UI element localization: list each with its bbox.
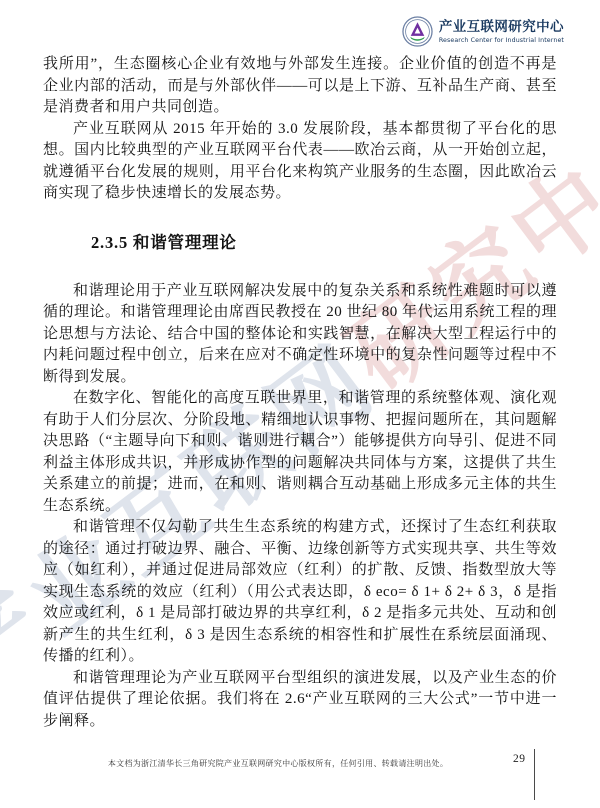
page-number-rule [534, 749, 535, 800]
header-logo: 产业互联网研究中心 Research Center for Industrial… [402, 16, 564, 47]
footer-copyright: 本文档为浙江清华长三角研究院产业互联网研究中心版权所有，任何引用、转载请注明出处… [43, 759, 513, 769]
document-page: 产业互联网研究中心 产业互联网研究中心 Research Center for … [0, 0, 600, 808]
body-paragraph-continuation: 我所用”，生态圈核心企业有效地与外部发生连接。企业价值的创造不再是企业内部的活动… [43, 54, 557, 119]
logo-subtitle: Research Center for Industrial Internet [439, 37, 564, 44]
page-body: 我所用”，生态圈核心企业有效地与外部发生连接。企业价值的创造不再是企业内部的活动… [43, 54, 557, 732]
body-paragraph-theory-origin: 和谐理论用于产业互联网解决发展中的复杂关系和系统性难题时可以遵循的理论。和谐管理… [43, 281, 557, 389]
logo-mark-icon [402, 16, 433, 47]
section-heading: 2.3.5 和谐管理理论 [91, 232, 557, 254]
body-paragraph-conclusion: 和谐管理理论为产业互联网平台型组织的演进发展，以及产业生态的价值评估提供了理论依… [43, 668, 557, 733]
page-number: 29 [513, 753, 526, 765]
body-paragraph-digital-world: 在数字化、智能化的高度互联世界里，和谐管理的系统整体观、演化观有助于人们分层次、… [43, 388, 557, 517]
body-paragraph-platform: 产业互联网从 2015 年开始的 3.0 发展阶段，基本都贯彻了平台化的思想。国… [43, 119, 557, 205]
logo-title: 产业互联网研究中心 [439, 20, 564, 35]
logo-text: 产业互联网研究中心 Research Center for Industrial… [439, 20, 564, 44]
body-paragraph-eco-dividend: 和谐管理不仅勾勒了共生生态系统的构建方式，还探讨了生态红利获取的途径：通过打破边… [43, 517, 557, 668]
